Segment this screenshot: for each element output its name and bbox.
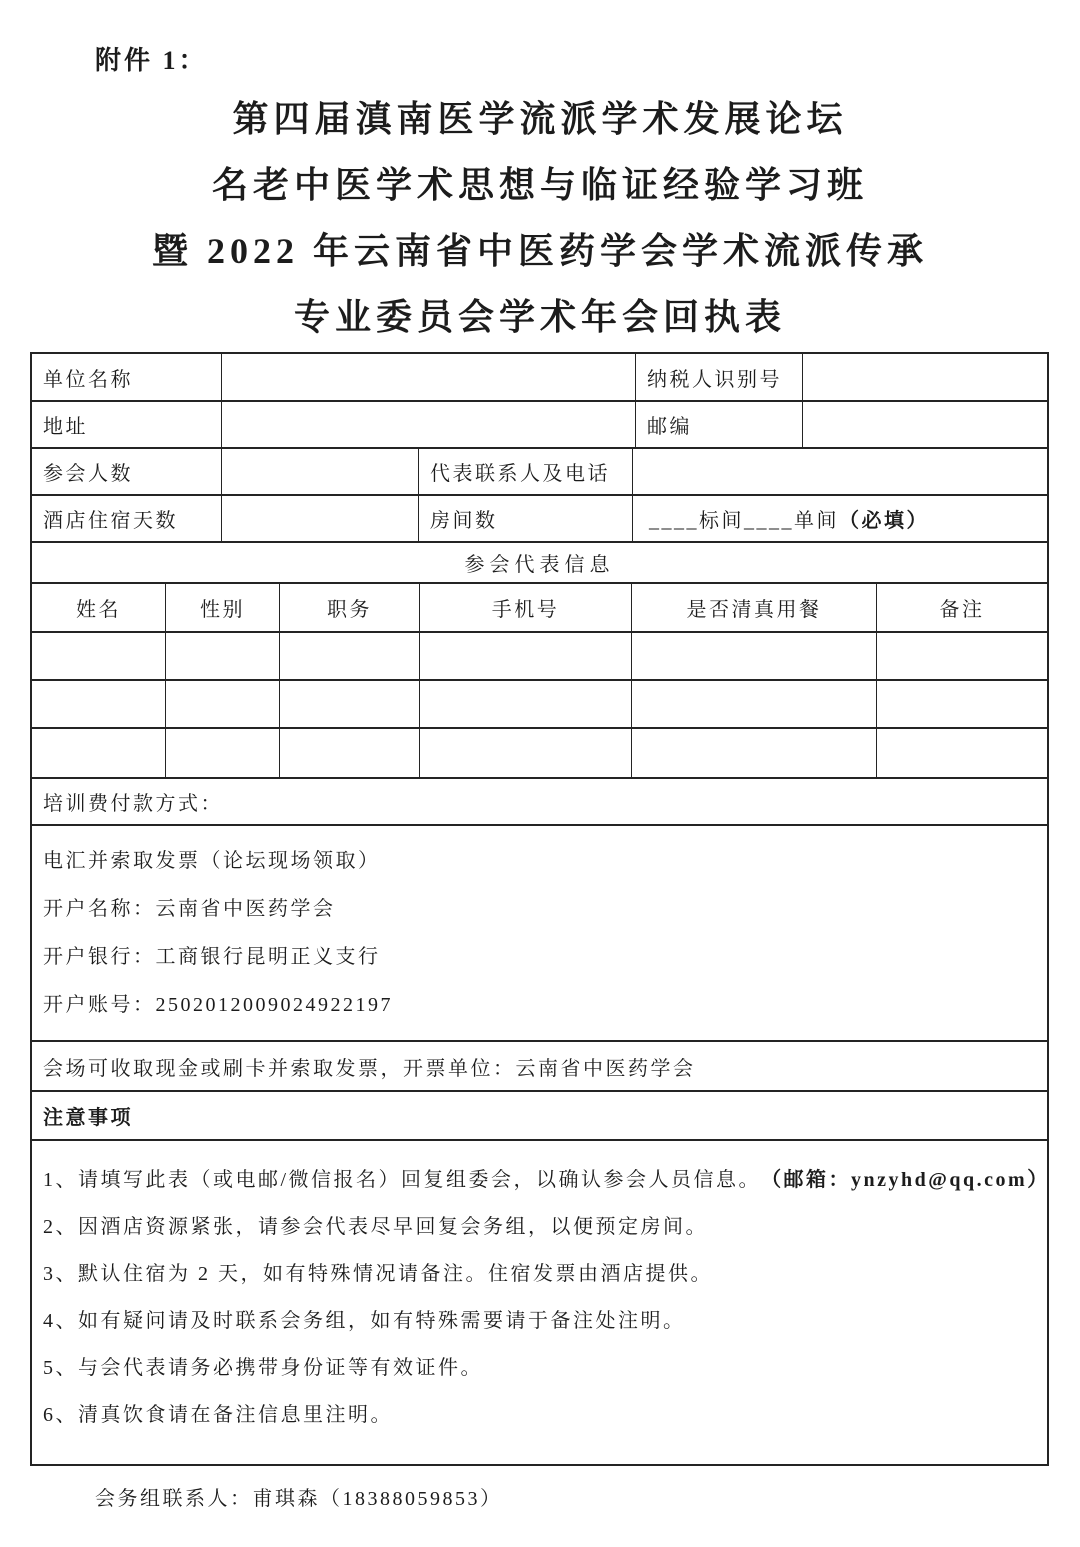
row-attendee-count: 参会人数 代表联系人及电话 bbox=[32, 449, 1047, 496]
row-participant-headers: 姓名 性别 职务 手机号 是否清真用餐 备注 bbox=[32, 584, 1047, 633]
document-title: 第四届滇南医学流派学术发展论坛 名老中医学术思想与临证经验学习班 暨 2022 … bbox=[0, 86, 1080, 350]
address-input-cell bbox=[222, 402, 636, 447]
participant-row-2 bbox=[32, 681, 1047, 729]
participant-mobile-cell bbox=[420, 729, 632, 777]
participant-name-cell bbox=[32, 681, 166, 727]
participant-halal-cell bbox=[632, 681, 877, 727]
organizer-contact-line: 会务组联系人：甫琪森（18388059853） bbox=[95, 1482, 503, 1511]
col-header-name: 姓名 bbox=[32, 584, 166, 631]
payment-line-account-name: 开户名称：云南省中医药学会 bbox=[43, 882, 1033, 930]
participant-halal-cell bbox=[632, 729, 877, 777]
participant-remarks-cell bbox=[877, 729, 1047, 777]
note-text: 3、默认住宿为 2 天，如有特殊情况请备注。住宿发票由酒店提供。 bbox=[43, 1257, 713, 1286]
notes-block: 1、请填写此表（或电邮/微信报名）回复组委会，以确认参会人员信息。（邮箱：ynz… bbox=[32, 1141, 1064, 1464]
participant-remarks-cell bbox=[877, 681, 1047, 727]
row-hotel-rooms: 酒店住宿天数 房间数 ____标间____单间（必填） bbox=[32, 496, 1047, 543]
title-line-4: 专业委员会学术年会回执表 bbox=[0, 284, 1080, 350]
room-required-text: （必填） bbox=[839, 504, 929, 533]
room-count-label: 房间数 bbox=[419, 496, 633, 541]
payment-method-label: 培训费付款方式： bbox=[32, 779, 1047, 824]
postcode-input-cell bbox=[803, 402, 1047, 447]
participant-position-cell bbox=[280, 729, 420, 777]
onsite-payment-line: 会场可收取现金或刷卡并索取发票，开票单位：云南省中医药学会 bbox=[32, 1042, 1047, 1090]
unit-name-label: 单位名称 bbox=[32, 354, 222, 400]
col-header-halal: 是否清真用餐 bbox=[632, 584, 877, 631]
attachment-label: 附件 1： bbox=[95, 40, 208, 77]
payment-line-bank: 开户银行：工商银行昆明正义支行 bbox=[43, 930, 1033, 978]
title-line-1: 第四届滇南医学流派学术发展论坛 bbox=[0, 86, 1080, 152]
attendee-count-label: 参会人数 bbox=[32, 449, 222, 494]
payment-line-wire: 电汇并索取发票（论坛现场领取） bbox=[43, 834, 1033, 882]
hotel-nights-input-cell bbox=[222, 496, 419, 541]
note-text: 4、如有疑问请及时联系会务组，如有特殊需要请于备注处注明。 bbox=[43, 1304, 686, 1333]
postcode-label: 邮编 bbox=[636, 402, 803, 447]
title-line-2: 名老中医学术思想与临证经验学习班 bbox=[0, 152, 1080, 218]
participant-remarks-cell bbox=[877, 633, 1047, 679]
address-label: 地址 bbox=[32, 402, 222, 447]
note-item-2: 2、因酒店资源紧张，请参会代表尽早回复会务组，以便预定房间。 bbox=[43, 1201, 1050, 1248]
note-text: 2、因酒店资源紧张，请参会代表尽早回复会务组，以便预定房间。 bbox=[43, 1210, 708, 1239]
note-text: 6、清真饮食请在备注信息里注明。 bbox=[43, 1398, 393, 1427]
row-address: 地址 邮编 bbox=[32, 402, 1047, 449]
participant-gender-cell bbox=[166, 681, 280, 727]
title-line-3: 暨 2022 年云南省中医药学会学术流派传承 bbox=[0, 218, 1080, 284]
note-text: 1、请填写此表（或电邮/微信报名）回复组委会，以确认参会人员信息。 bbox=[43, 1163, 761, 1192]
col-header-mobile: 手机号 bbox=[420, 584, 632, 631]
row-notes: 1、请填写此表（或电邮/微信报名）回复组委会，以确认参会人员信息。（邮箱：ynz… bbox=[32, 1141, 1047, 1464]
taxpayer-id-input-cell bbox=[803, 354, 1047, 400]
participant-mobile-cell bbox=[420, 633, 632, 679]
taxpayer-id-label: 纳税人识别号 bbox=[636, 354, 803, 400]
participant-gender-cell bbox=[166, 633, 280, 679]
row-payment-label: 培训费付款方式： bbox=[32, 779, 1047, 826]
unit-name-input-cell bbox=[222, 354, 636, 400]
payment-line-account-number: 开户账号：2502012009024922197 bbox=[43, 978, 1033, 1026]
participants-section-header: 参会代表信息 bbox=[32, 543, 1047, 582]
note-item-1: 1、请填写此表（或电邮/微信报名）回复组委会，以确认参会人员信息。（邮箱：ynz… bbox=[43, 1154, 1050, 1201]
contact-phone-label: 代表联系人及电话 bbox=[419, 449, 633, 494]
participant-gender-cell bbox=[166, 729, 280, 777]
col-header-remarks: 备注 bbox=[877, 584, 1047, 631]
note-text: 5、与会代表请务必携带身份证等有效证件。 bbox=[43, 1351, 483, 1380]
row-section-header: 参会代表信息 bbox=[32, 543, 1047, 584]
room-fill-text: ____标间____单间 bbox=[649, 504, 839, 533]
participant-position-cell bbox=[280, 681, 420, 727]
participant-mobile-cell bbox=[420, 681, 632, 727]
note-item-3: 3、默认住宿为 2 天，如有特殊情况请备注。住宿发票由酒店提供。 bbox=[43, 1248, 1050, 1295]
col-header-gender: 性别 bbox=[166, 584, 280, 631]
attendee-count-input-cell bbox=[222, 449, 419, 494]
participant-name-cell bbox=[32, 729, 166, 777]
col-header-position: 职务 bbox=[280, 584, 420, 631]
room-count-fill-cell: ____标间____单间（必填） bbox=[633, 496, 1047, 541]
note-item-5: 5、与会代表请务必携带身份证等有效证件。 bbox=[43, 1342, 1050, 1389]
contact-phone-input-cell bbox=[633, 449, 1047, 494]
note-email-bold: （邮箱：ynzyhd@qq.com） bbox=[761, 1163, 1050, 1192]
participant-position-cell bbox=[280, 633, 420, 679]
notes-header: 注意事项 bbox=[32, 1092, 1047, 1139]
participant-halal-cell bbox=[632, 633, 877, 679]
participant-row-3 bbox=[32, 729, 1047, 779]
participant-name-cell bbox=[32, 633, 166, 679]
registration-form-table: 单位名称 纳税人识别号 地址 邮编 参会人数 代表联系人及电话 酒店住宿天数 房… bbox=[30, 352, 1049, 1466]
row-onsite-payment: 会场可收取现金或刷卡并索取发票，开票单位：云南省中医药学会 bbox=[32, 1042, 1047, 1092]
participant-row-1 bbox=[32, 633, 1047, 681]
hotel-nights-label: 酒店住宿天数 bbox=[32, 496, 222, 541]
payment-details-block: 电汇并索取发票（论坛现场领取） 开户名称：云南省中医药学会 开户银行：工商银行昆… bbox=[32, 826, 1047, 1040]
document-page: 附件 1： 第四届滇南医学流派学术发展论坛 名老中医学术思想与临证经验学习班 暨… bbox=[0, 0, 1080, 1547]
row-unit-name: 单位名称 纳税人识别号 bbox=[32, 354, 1047, 402]
note-item-6: 6、清真饮食请在备注信息里注明。 bbox=[43, 1389, 1050, 1436]
row-notes-header: 注意事项 bbox=[32, 1092, 1047, 1141]
note-item-4: 4、如有疑问请及时联系会务组，如有特殊需要请于备注处注明。 bbox=[43, 1295, 1050, 1342]
row-payment-details: 电汇并索取发票（论坛现场领取） 开户名称：云南省中医药学会 开户银行：工商银行昆… bbox=[32, 826, 1047, 1042]
